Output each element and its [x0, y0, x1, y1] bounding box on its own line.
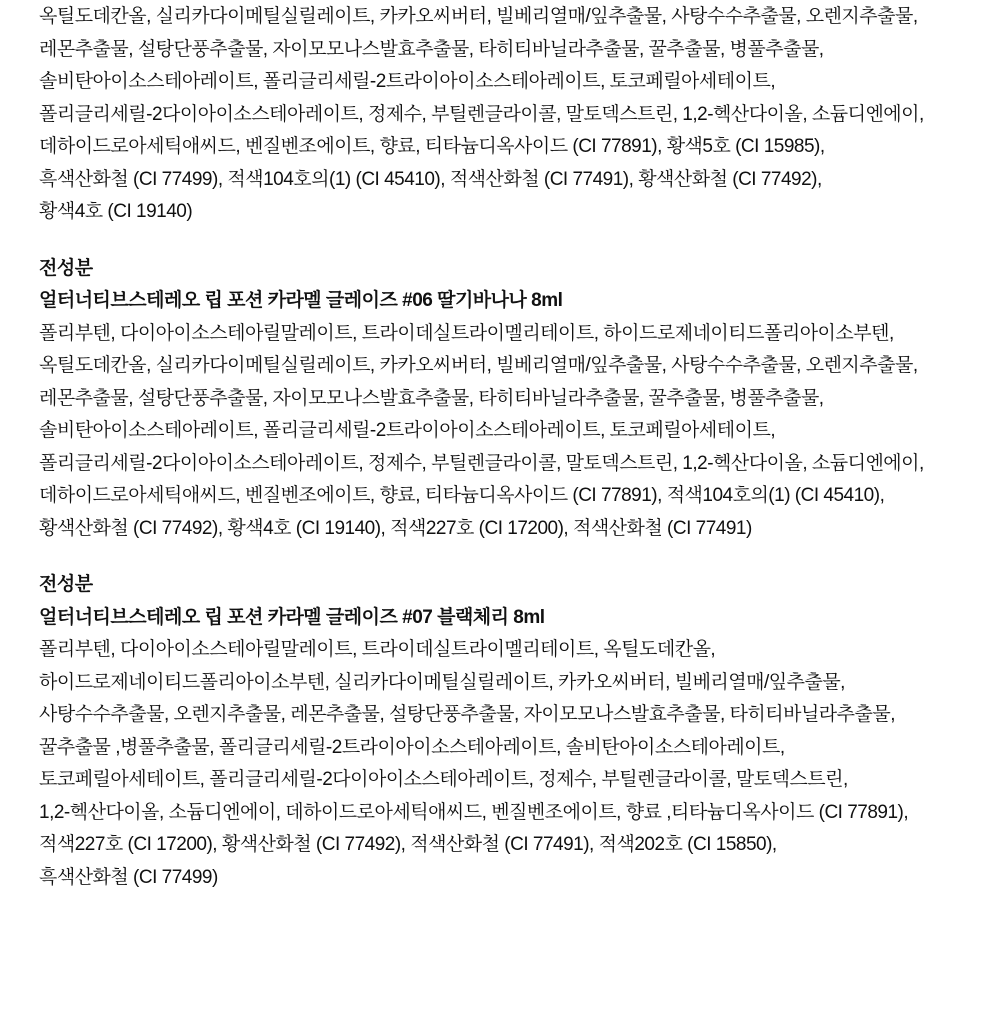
ingredient-line: 1,2-헥산다이올, 소듐디엔에이, 데하이드로아세틱애씨드, 벤질벤조에이트,… — [39, 797, 1000, 830]
ingredient-line: 레몬추출물, 설탕단풍추출물, 자이모모나스발효추출물, 타히티바닐라추출물, … — [39, 383, 1000, 416]
ingredient-document: 옥틸도데칸올, 실리카다이메틸실릴레이트, 카카오씨버터, 빌베리열매/잎추출물… — [0, 0, 1000, 894]
ingredient-line: 사탕수수추출물, 오렌지추출물, 레몬추출물, 설탕단풍추출물, 자이모모나스발… — [39, 699, 1000, 732]
ingredient-line: 꿀추출물 ,병풀추출물, 폴리글리세릴-2트라이아이소스테아레이트, 솔비탄아이… — [39, 732, 1000, 765]
ingredient-line: 폴리글리세릴-2다이아이소스테아레이트, 정제수, 부틸렌글라이콜, 말토덱스트… — [39, 99, 1000, 132]
ingredient-line: 솔비탄아이소스테아레이트, 폴리글리세릴-2트라이아이소스테아레이트, 토코페릴… — [39, 415, 1000, 448]
ingredient-line: 토코페릴아세테이트, 폴리글리세릴-2다이아이소스테아레이트, 정제수, 부틸렌… — [39, 764, 1000, 797]
section-label: 전성분 — [39, 569, 1000, 602]
ingredient-line: 레몬추출물, 설탕단풍추출물, 자이모모나스발효추출물, 타히티바닐라추출물, … — [39, 34, 1000, 67]
product-title: 얼터너티브스테레오 립 포션 카라멜 글레이즈 #07 블랙체리 8ml — [39, 602, 1000, 635]
ingredient-line: 하이드로제네이티드폴리아이소부텐, 실리카다이메틸실릴레이트, 카카오씨버터, … — [39, 667, 1000, 700]
ingredient-lines: 폴리부텐, 다이아이소스테아릴말레이트, 트라이데실트라이멜리테이트, 옥틸도데… — [39, 634, 1000, 894]
ingredient-line: 옥틸도데칸올, 실리카다이메틸실릴레이트, 카카오씨버터, 빌베리열매/잎추출물… — [39, 350, 1000, 383]
ingredient-lines: 옥틸도데칸올, 실리카다이메틸실릴레이트, 카카오씨버터, 빌베리열매/잎추출물… — [39, 1, 1000, 229]
ingredient-section: 옥틸도데칸올, 실리카다이메틸실릴레이트, 카카오씨버터, 빌베리열매/잎추출물… — [39, 1, 1000, 229]
ingredient-section: 전성분 얼터너티브스테레오 립 포션 카라멜 글레이즈 #06 딸기바나나 8m… — [39, 253, 1000, 546]
ingredient-line: 적색227호 (CI 17200), 황색산화철 (CI 77492), 적색산… — [39, 829, 1000, 862]
ingredient-line: 황색4호 (CI 19140) — [39, 196, 1000, 229]
product-title: 얼터너티브스테레오 립 포션 카라멜 글레이즈 #06 딸기바나나 8ml — [39, 285, 1000, 318]
ingredient-line: 폴리글리세릴-2다이아이소스테아레이트, 정제수, 부틸렌글라이콜, 말토덱스트… — [39, 448, 1000, 481]
ingredient-line: 흑색산화철 (CI 77499) — [39, 862, 1000, 895]
ingredient-line: 황색산화철 (CI 77492), 황색4호 (CI 19140), 적색227… — [39, 513, 1000, 546]
ingredient-line: 데하이드로아세틱애씨드, 벤질벤조에이트, 향료, 티타늄디옥사이드 (CI 7… — [39, 480, 1000, 513]
ingredient-section: 전성분 얼터너티브스테레오 립 포션 카라멜 글레이즈 #07 블랙체리 8ml… — [39, 569, 1000, 894]
ingredient-line: 옥틸도데칸올, 실리카다이메틸실릴레이트, 카카오씨버터, 빌베리열매/잎추출물… — [39, 1, 1000, 34]
ingredient-line: 폴리부텐, 다이아이소스테아릴말레이트, 트라이데실트라이멜리테이트, 하이드로… — [39, 318, 1000, 351]
ingredient-line: 흑색산화철 (CI 77499), 적색104호의(1) (CI 45410),… — [39, 164, 1000, 197]
ingredient-line: 솔비탄아이소스테아레이트, 폴리글리세릴-2트라이아이소스테아레이트, 토코페릴… — [39, 66, 1000, 99]
section-label: 전성분 — [39, 253, 1000, 286]
ingredient-lines: 폴리부텐, 다이아이소스테아릴말레이트, 트라이데실트라이멜리테이트, 하이드로… — [39, 318, 1000, 546]
ingredient-line: 폴리부텐, 다이아이소스테아릴말레이트, 트라이데실트라이멜리테이트, 옥틸도데… — [39, 634, 1000, 667]
ingredient-line: 데하이드로아세틱애씨드, 벤질벤조에이트, 향료, 티타늄디옥사이드 (CI 7… — [39, 131, 1000, 164]
